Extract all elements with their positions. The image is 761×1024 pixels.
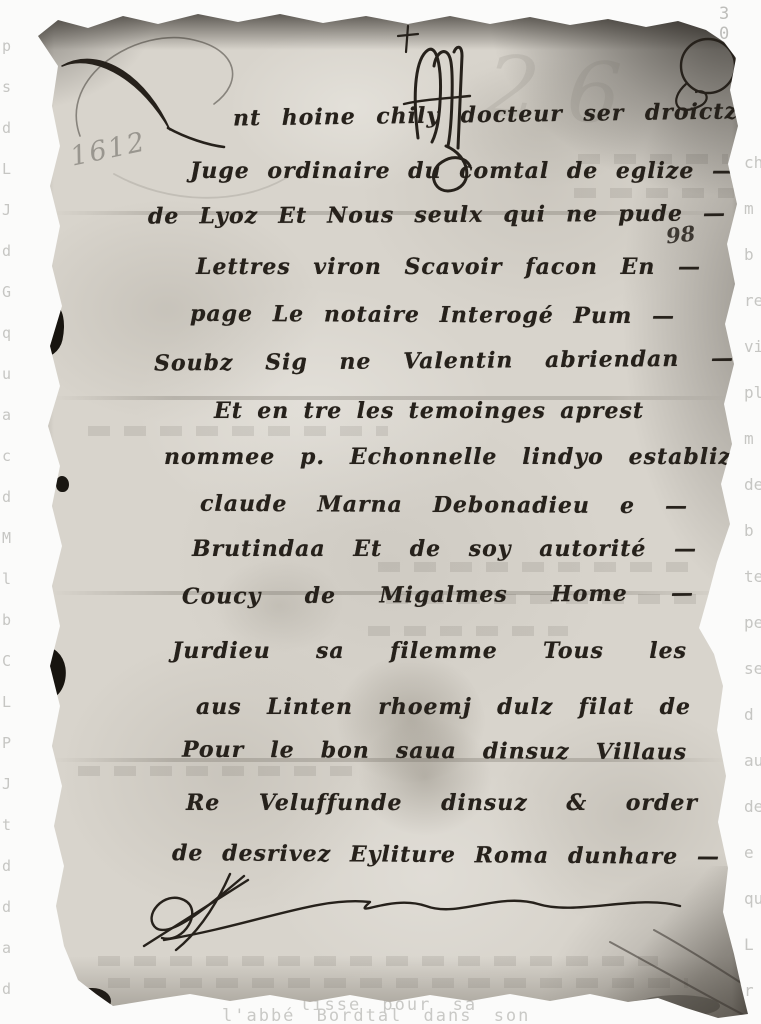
bleed-left-column: p s d L J d G q u a c d M l b C L P J t … [2,26,11,1010]
bleed-bottom-line-2: l'abbé Bordtal dans son [222,1006,530,1024]
opening-flourish-leaf [62,59,170,130]
edge-squiggle [18,398,46,462]
pencil-arc [114,174,286,198]
ornate-initial [404,47,470,191]
signature-paraph [144,874,680,950]
bleed-right-column: ch m b re vi pl m de b te pe se d au de … [744,140,761,1014]
fold-shadow [636,995,720,1017]
flourish-overlay [18,6,761,1018]
page-root: { "page": { "page_number": "3 0", "bleed… [0,0,761,1024]
page-number: 3 0 [719,4,761,44]
underline-flourish [164,901,680,940]
cross-mark [398,26,418,52]
circle-flourish [676,39,735,110]
manuscript-photo: 1612 26 98 nt hoine chily docteur ser dr… [18,6,761,1018]
opening-flourish-tail [168,128,224,147]
opening-flourish-oval [76,38,232,136]
